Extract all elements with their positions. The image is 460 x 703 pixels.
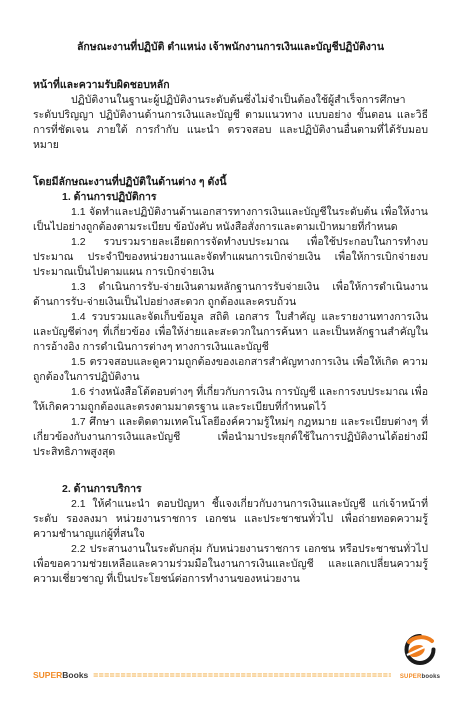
- task-item-1-2: 1.2 รวบรวมรายละเอียดการจัดทำงบประมาณ เพื…: [33, 235, 428, 280]
- page-title: ลักษณะงานที่ปฏิบัติ ตำแหน่ง เจ้าพนักงานก…: [33, 40, 428, 55]
- footer-brand: SUPERBooks: [33, 670, 88, 681]
- footer-logo-super: SUPER: [400, 674, 422, 680]
- task-item-1-3: 1.3 ดำเนินการรับ-จ่ายเงินตามหลักฐานการรั…: [33, 280, 428, 310]
- task-item-1-6: 1.6 ร่างหนังสือโต้ตอบต่างๆ ที่เกี่ยวกับก…: [33, 385, 428, 415]
- task-item-1-7: 1.7 ศึกษา และติดตามเทคโนโลยีองค์ความรู้ใ…: [33, 415, 428, 460]
- superbooks-logo: SUPERbooks: [394, 632, 446, 681]
- task-item-1-4: 1.4 รวบรวมและจัดเก็บข้อมูล สถิติ เอกสาร …: [33, 310, 428, 355]
- superbooks-swirl-icon: [399, 632, 441, 673]
- task-item-2-1: 2.1 ให้คำแนะนำ ตอบปัญหา ชี้แจงเกี่ยวกับง…: [33, 497, 428, 542]
- tasks-intro-heading: โดยมีลักษณะงานที่ปฏิบัติในด้านต่าง ๆ ดัง…: [33, 175, 428, 190]
- footer-brand-super: SUPER: [33, 670, 62, 680]
- task-item-1-5: 1.5 ตรวจสอบและดูความถูกต้องของเอกสารสำคั…: [33, 355, 428, 385]
- footer-logo-label: SUPERbooks: [400, 673, 440, 681]
- task-item-2-2: 2.2 ประสานงานในระดับกลุ่ม กับหน่วยงานราช…: [33, 542, 428, 587]
- operations-section-heading: 1. ด้านการปฏิบัติการ: [62, 190, 428, 205]
- document-content: ลักษณะงานที่ปฏิบัติ ตำแหน่ง เจ้าพนักงานก…: [0, 0, 460, 587]
- footer-brand-books: Books: [62, 670, 88, 680]
- footer: SUPERBooks =============================…: [33, 632, 446, 681]
- footer-divider-line: ========================================…: [93, 670, 391, 681]
- duties-heading: หน้าที่และความรับผิดชอบหลัก: [33, 78, 428, 93]
- footer-logo-books: books: [422, 674, 441, 680]
- duties-paragraph: ปฏิบัติงานในฐานะผู้ปฏิบัติงานระดับต้นซึ่…: [33, 93, 428, 153]
- document-page: ลักษณะงานที่ปฏิบัติ ตำแหน่ง เจ้าพนักงานก…: [0, 0, 460, 703]
- services-section-heading: 2. ด้านการบริการ: [62, 482, 428, 497]
- task-item-1-1: 1.1 จัดทำและปฏิบัติงานด้านเอกสารทางการเง…: [33, 205, 428, 235]
